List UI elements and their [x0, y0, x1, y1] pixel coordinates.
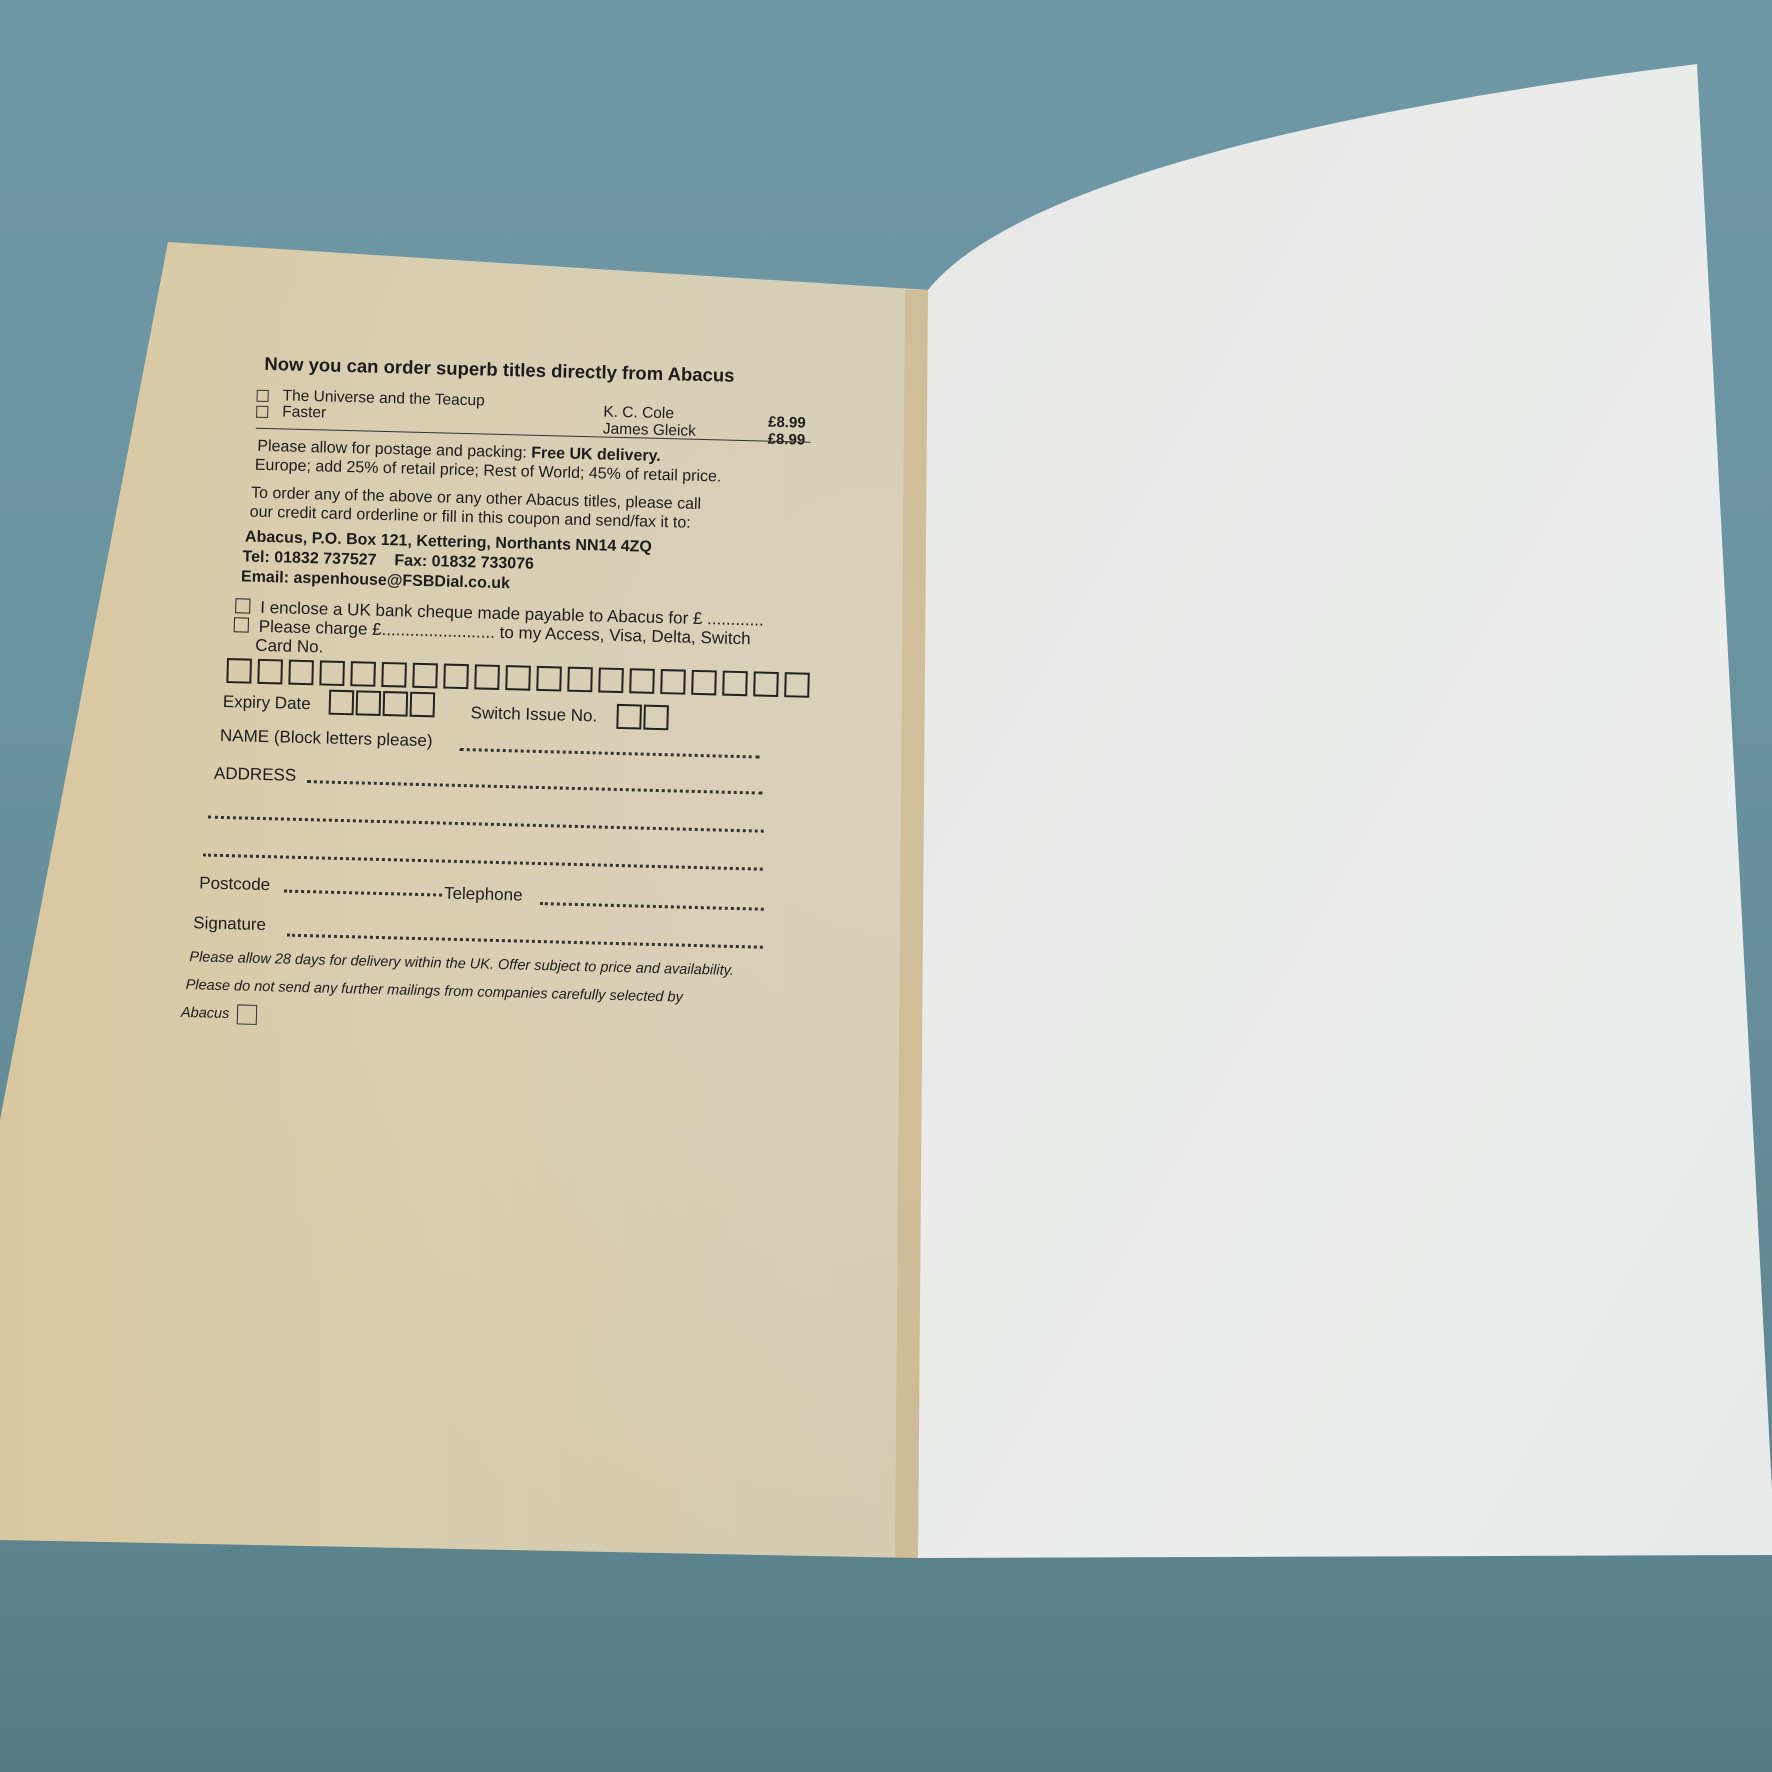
digit-box[interactable]: [443, 664, 469, 690]
digit-box[interactable]: [319, 660, 345, 686]
expiry-date-boxes[interactable]: [329, 690, 438, 718]
digit-box[interactable]: [616, 704, 642, 730]
digit-box[interactable]: [784, 672, 810, 698]
switch-issue-boxes[interactable]: [616, 704, 671, 730]
checkbox-icon[interactable]: [234, 617, 249, 632]
digit-box[interactable]: [356, 690, 382, 716]
checkbox-icon[interactable]: [256, 406, 268, 418]
checkbox-icon[interactable]: [235, 598, 250, 613]
digit-box[interactable]: [660, 669, 686, 695]
telephone-label: Telephone: [444, 884, 523, 906]
card-number-label: Card No.: [255, 636, 324, 658]
digit-box[interactable]: [410, 692, 436, 718]
book-item[interactable]: Faster: [256, 403, 326, 423]
digit-box[interactable]: [329, 690, 355, 716]
digit-box[interactable]: [753, 671, 779, 697]
book-title: Faster: [282, 403, 326, 421]
digit-box[interactable]: [536, 666, 562, 692]
digit-box[interactable]: [226, 658, 252, 684]
digit-box[interactable]: [257, 659, 283, 685]
digit-box[interactable]: [598, 667, 624, 693]
digit-box[interactable]: [474, 664, 500, 690]
digit-box[interactable]: [643, 705, 669, 731]
digit-box[interactable]: [629, 668, 655, 694]
switch-issue-label: Switch Issue No.: [470, 703, 597, 726]
digit-box[interactable]: [381, 662, 407, 688]
checkbox-icon[interactable]: [256, 390, 268, 402]
address-label: ADDRESS: [214, 764, 297, 786]
digit-box[interactable]: [383, 691, 409, 717]
postcode-label: Postcode: [199, 873, 270, 895]
digit-box[interactable]: [691, 670, 717, 696]
expiry-date-label: Expiry Date: [223, 692, 311, 714]
mailing-optout[interactable]: Abacus: [181, 1003, 258, 1025]
signature-label: Signature: [193, 913, 266, 935]
digit-box[interactable]: [412, 663, 438, 689]
checkbox-icon[interactable]: [237, 1004, 257, 1024]
digit-box[interactable]: [567, 667, 593, 693]
book-price: £8.99: [768, 414, 806, 432]
digit-box[interactable]: [505, 665, 531, 691]
digit-box[interactable]: [350, 661, 376, 687]
digit-box[interactable]: [288, 660, 314, 686]
book-price: £8.99: [767, 431, 805, 449]
digit-box[interactable]: [722, 671, 748, 697]
